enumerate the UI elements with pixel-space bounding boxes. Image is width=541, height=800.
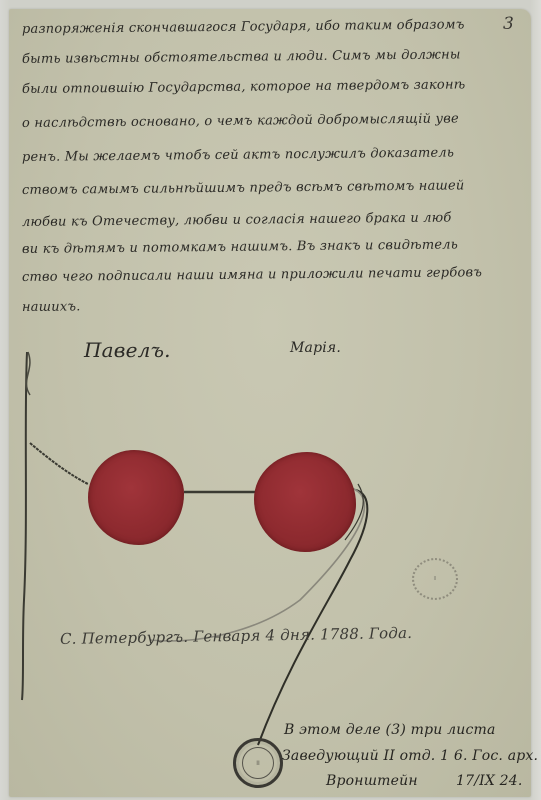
archive-note-line1: В этом деле (3) три листа bbox=[284, 722, 496, 738]
archive-stamp-faint: II bbox=[412, 558, 458, 600]
archive-note-date: 17/IX 24. bbox=[456, 773, 523, 789]
body-line: нашихъ. bbox=[22, 299, 81, 315]
archive-stamp-dark: II bbox=[233, 738, 283, 788]
wax-seal-right bbox=[254, 452, 356, 552]
wax-seal-left bbox=[88, 450, 184, 545]
archive-note-line2: Заведующий II отд. 1 6. Гос. арх. bbox=[282, 748, 538, 764]
page-number: 3 bbox=[503, 14, 514, 34]
signature-maria: Марія. bbox=[290, 340, 341, 356]
signature-pavel: Павелъ. bbox=[84, 338, 171, 362]
stamp-inner-ring: II bbox=[242, 747, 274, 779]
archive-note-signature: Вронштейн bbox=[326, 773, 418, 789]
stamp-text: II bbox=[256, 760, 260, 767]
stamp-text: II bbox=[434, 576, 437, 582]
